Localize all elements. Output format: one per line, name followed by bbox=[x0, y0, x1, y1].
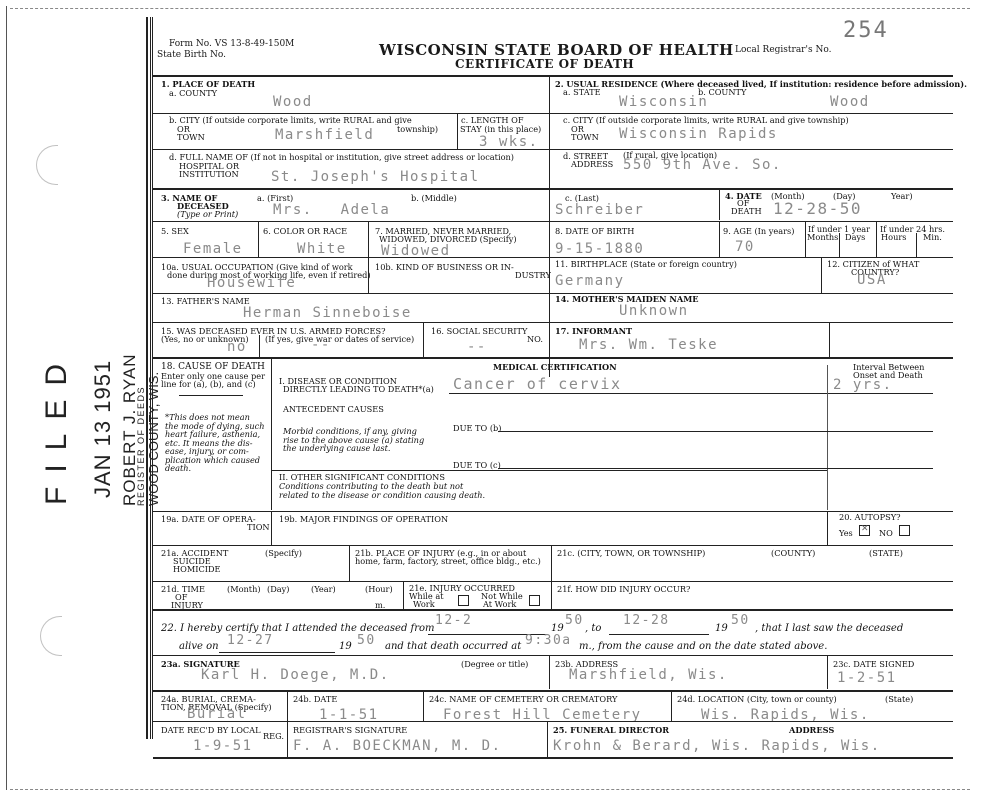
divider bbox=[719, 189, 720, 220]
autopsy-no-checkbox[interactable] bbox=[899, 525, 910, 536]
local-registrar-label: Local Registrar's No. bbox=[735, 45, 831, 55]
operation-date-label: 19a. DATE OF OPERA- bbox=[161, 515, 256, 524]
divider bbox=[551, 545, 552, 609]
occupation-value[interactable]: Housewife bbox=[207, 275, 296, 291]
ss-label-2: NO. bbox=[527, 335, 543, 344]
underline bbox=[449, 393, 933, 394]
dod-year-label: Year) bbox=[891, 192, 913, 201]
divider bbox=[821, 257, 822, 293]
to-label: , to bbox=[585, 624, 601, 633]
armed-forces-value[interactable]: no bbox=[227, 339, 247, 355]
age-value[interactable]: 70 bbox=[735, 239, 755, 255]
divider bbox=[349, 545, 350, 581]
physician-address-value[interactable]: Marshfield, Wis. bbox=[569, 667, 728, 683]
death-occurred-label: and that death occurred at bbox=[385, 642, 521, 651]
attended-to-year[interactable]: 50 bbox=[731, 613, 750, 628]
residence-city-label: c. CITY (If outside corporate limits, wr… bbox=[563, 116, 849, 125]
divider bbox=[916, 233, 917, 257]
date-received-label-2: REG. bbox=[263, 732, 284, 741]
father-value[interactable]: Herman Sinneboise bbox=[243, 305, 412, 321]
divider bbox=[153, 188, 953, 190]
divider bbox=[549, 655, 550, 689]
funeral-director-value[interactable]: Krohn & Berard, Wis. Rapids, Wis. bbox=[553, 738, 881, 754]
sex-label: 5. SEX bbox=[161, 227, 189, 236]
degree-label: (Degree or title) bbox=[461, 660, 528, 669]
citizenship-value[interactable]: USA bbox=[857, 272, 887, 288]
county-label: a. COUNTY bbox=[169, 89, 217, 98]
business-label: 10b. KIND OF BUSINESS OR IN- bbox=[375, 263, 514, 272]
not-while-work-label-2: At Work bbox=[483, 600, 516, 609]
year-prefix-2: 19 bbox=[715, 624, 728, 633]
business-label-2: DUSTRY bbox=[515, 271, 551, 280]
min-label: Min. bbox=[923, 233, 942, 242]
divider bbox=[259, 335, 260, 357]
date-received-value[interactable]: 1-9-51 bbox=[193, 738, 253, 754]
funeral-director-label: 25. FUNERAL DIRECTOR bbox=[553, 726, 669, 735]
autopsy-yes-checkbox[interactable] bbox=[859, 525, 870, 536]
filed-word: FILED bbox=[40, 350, 74, 505]
filed-stamp: FILED JAN 13 1951 ROBERT J. RYAN REGISTE… bbox=[18, 330, 148, 510]
informant-value[interactable]: Mrs. Wm. Teske bbox=[579, 337, 718, 353]
injury-city-label: 21c. (CITY, TOWN, OR TOWNSHIP) bbox=[557, 549, 705, 558]
divider bbox=[153, 721, 953, 722]
residence-city-town: TOWN bbox=[571, 133, 599, 142]
other-conditions-note: Conditions contributing to the death but… bbox=[279, 482, 485, 499]
attended-to-value[interactable]: 12-28 bbox=[623, 613, 670, 628]
age-label: 9. AGE (In years) bbox=[723, 227, 794, 236]
stamp-number: 254 bbox=[843, 18, 889, 43]
divider bbox=[271, 470, 827, 471]
page-edge-top bbox=[10, 8, 970, 9]
certify-text-c: m., from the cause and on the date state… bbox=[579, 642, 827, 651]
mother-value[interactable]: Unknown bbox=[619, 303, 689, 319]
autopsy-no-label: NO bbox=[879, 529, 893, 538]
informant-label: 17. INFORMANT bbox=[555, 327, 632, 336]
death-city-value[interactable]: Marshfield bbox=[275, 127, 374, 143]
physician-signature-value[interactable]: Karl H. Doege, M.D. bbox=[201, 667, 390, 683]
injury-month-label: (Month) bbox=[227, 585, 261, 594]
year-prefix: 19 bbox=[551, 624, 564, 633]
year-prefix-3: 19 bbox=[339, 642, 352, 651]
page-edge-bottom bbox=[10, 789, 970, 790]
length-of-stay-value[interactable]: 3 wks. bbox=[479, 134, 539, 150]
date-signed-label: 23c. DATE SIGNED bbox=[833, 660, 914, 669]
sex-value[interactable]: Female bbox=[183, 241, 243, 257]
underline bbox=[219, 652, 335, 653]
divider bbox=[153, 113, 549, 114]
divider bbox=[153, 690, 953, 692]
divider bbox=[547, 721, 548, 757]
months-label: Months bbox=[807, 233, 838, 242]
burial-state-label: (State) bbox=[885, 695, 913, 704]
state-birth-no-label: State Birth No. bbox=[157, 50, 226, 60]
page-edge bbox=[6, 6, 7, 790]
divider bbox=[153, 257, 953, 258]
divider bbox=[827, 365, 828, 510]
cause-a-value[interactable]: Cancer of cervix bbox=[453, 375, 622, 393]
form-subtitle: CERTIFICATE OF DEATH bbox=[455, 57, 634, 71]
date-of-death-value[interactable]: 12-28-50 bbox=[773, 199, 862, 218]
social-security-value[interactable]: -- bbox=[467, 339, 487, 355]
divider bbox=[457, 113, 458, 149]
registrar-signature-label: REGISTRAR'S SIGNATURE bbox=[293, 726, 407, 735]
operation-findings-label: 19b. MAJOR FINDINGS OF OPERATION bbox=[279, 515, 448, 524]
medical-certification-heading: MEDICAL CERTIFICATION bbox=[493, 363, 617, 372]
divider bbox=[271, 358, 272, 510]
hole-punch-mark bbox=[36, 145, 58, 185]
cemetery-label: 24c. NAME OF CEMETERY OR CREMATORY bbox=[429, 695, 617, 704]
city-label-town: TOWN bbox=[177, 133, 205, 142]
divider bbox=[827, 655, 828, 689]
divider bbox=[271, 511, 272, 545]
alive-year-value[interactable]: 50 bbox=[357, 633, 376, 648]
injury-county-label: (COUNTY) bbox=[771, 549, 815, 558]
how-injury-label: 21f. HOW DID INJURY OCCUR? bbox=[557, 585, 690, 594]
armed-service-value[interactable]: -- bbox=[311, 337, 331, 353]
injury-state-label: (STATE) bbox=[869, 549, 903, 558]
death-certificate-form: 254 Form No. VS 13-8-49-150M State Birth… bbox=[150, 17, 950, 739]
hospital-label-3: INSTITUTION bbox=[179, 170, 239, 179]
divider bbox=[368, 257, 369, 293]
birthplace-value[interactable]: Germany bbox=[555, 273, 625, 289]
city-label: b. CITY (If outside corporate limits, wr… bbox=[169, 116, 412, 125]
alive-on-value[interactable]: 12-27 bbox=[227, 633, 274, 648]
while-at-work-checkbox[interactable] bbox=[458, 595, 469, 606]
divider bbox=[827, 511, 828, 545]
divider bbox=[368, 221, 369, 257]
cause-label-3: line for (a), (b), and (c) bbox=[161, 380, 256, 389]
divider bbox=[719, 221, 720, 257]
divider bbox=[403, 581, 404, 609]
filed-date: JAN 13 1951 bbox=[90, 360, 116, 498]
first-name-value[interactable]: Mrs. Adela bbox=[273, 202, 390, 218]
divider bbox=[805, 221, 806, 257]
residence-state-value[interactable]: Wisconsin bbox=[619, 94, 708, 110]
residence-county-value[interactable]: Wood bbox=[830, 94, 870, 110]
last-name-value[interactable]: Schreiber bbox=[555, 202, 644, 218]
form-border bbox=[146, 17, 148, 739]
injury-year-label: (Year) bbox=[311, 585, 336, 594]
street-address-value[interactable]: 550 9th Ave. So. bbox=[623, 157, 782, 173]
injury-specify-label: (Specify) bbox=[265, 549, 302, 558]
antecedent-label: ANTECEDENT CAUSES bbox=[283, 405, 384, 414]
hole-punch-mark bbox=[40, 616, 62, 656]
injury-day-label: (Day) bbox=[267, 585, 289, 594]
death-county-value[interactable]: Wood bbox=[273, 94, 313, 110]
morbid-note: Morbid conditions, if any, givingrise to… bbox=[283, 427, 424, 453]
divider bbox=[153, 75, 953, 77]
divider bbox=[153, 655, 953, 656]
divider bbox=[153, 149, 549, 150]
father-label: 13. FATHER'S NAME bbox=[161, 297, 250, 306]
cause-note: *This does not meanthe mode of dying, su… bbox=[165, 413, 265, 473]
hospital-value[interactable]: St. Joseph's Hospital bbox=[271, 169, 480, 185]
due-to-c-label: DUE TO (c) bbox=[453, 461, 501, 470]
usual-residence-label: 2. USUAL RESIDENCE (Where deceased lived… bbox=[555, 80, 967, 89]
stay-label-2: STAY (in this place) bbox=[460, 125, 541, 134]
injury-type-homicide: HOMICIDE bbox=[173, 565, 221, 574]
days-label: Days bbox=[845, 233, 865, 242]
residence-state-label: a. STATE bbox=[563, 88, 601, 97]
divider bbox=[423, 322, 424, 357]
date-of-birth-value[interactable]: 9-15-1880 bbox=[555, 241, 644, 257]
divider bbox=[287, 691, 288, 721]
dod-label-3: DEATH bbox=[731, 207, 762, 216]
date-signed-value[interactable]: 1-2-51 bbox=[837, 670, 897, 686]
divider bbox=[153, 581, 953, 582]
armed-forces-label-3: (If yes, give war or dates of service) bbox=[265, 335, 414, 344]
underline bbox=[498, 431, 933, 432]
race-label: 6. COLOR OR RACE bbox=[263, 227, 347, 236]
injury-place-label-2: home, farm, factory, street, office bldg… bbox=[355, 557, 541, 566]
funeral-address-label: ADDRESS bbox=[789, 726, 834, 735]
divider bbox=[549, 149, 953, 150]
underline bbox=[498, 468, 933, 469]
interval-value[interactable]: 2 yrs. bbox=[833, 377, 893, 393]
injury-hour-label: (Hour) bbox=[365, 585, 393, 594]
divider bbox=[153, 221, 953, 222]
filed-registrar-title: REGISTER OF DEEDS bbox=[136, 386, 146, 506]
autopsy-label: 20. AUTOPSY? bbox=[839, 513, 901, 522]
divider bbox=[549, 77, 550, 377]
divider bbox=[287, 721, 288, 757]
operation-date-label-2: TION bbox=[247, 523, 270, 532]
hours-label: Hours bbox=[881, 233, 906, 242]
birthplace-label: 11. BIRTHPLACE (State or foreign country… bbox=[555, 260, 737, 269]
divider bbox=[153, 322, 953, 323]
residence-city-value[interactable]: Wisconsin Rapids bbox=[619, 126, 778, 142]
burial-location-label: 24d. LOCATION (City, town or county) bbox=[677, 695, 837, 704]
death-time-value[interactable]: 9:30a bbox=[525, 633, 572, 648]
registrar-signature-value[interactable]: F. A. BOECKMAN, M. D. bbox=[293, 738, 502, 754]
due-to-b-label: DUE TO (b) bbox=[453, 424, 501, 433]
dob-label: 8. DATE OF BIRTH bbox=[555, 227, 634, 236]
city-label-township: township) bbox=[397, 125, 438, 134]
burial-date-label: 24b. DATE bbox=[293, 695, 337, 704]
divider bbox=[153, 511, 953, 512]
divider bbox=[839, 233, 840, 257]
date-received-label: DATE REC'D BY LOCAL bbox=[161, 726, 261, 735]
alive-on-label: alive on bbox=[179, 642, 219, 651]
divider bbox=[153, 357, 953, 359]
ss-label: 16. SOCIAL SECURITY bbox=[431, 327, 527, 336]
underline bbox=[609, 634, 709, 635]
while-at-work-label-2: Work bbox=[413, 600, 435, 609]
divider bbox=[549, 113, 953, 114]
divider bbox=[153, 293, 953, 294]
certify-text-b: , that I last saw the deceased bbox=[755, 624, 903, 633]
divider bbox=[423, 691, 424, 721]
attended-from-year[interactable]: 50 bbox=[565, 613, 584, 628]
name-label-3: (Type or Print) bbox=[177, 210, 238, 219]
certify-text-a: 22. I hereby certify that I attended the… bbox=[161, 624, 435, 633]
street-label-2: ADDRESS bbox=[571, 160, 613, 169]
divider bbox=[153, 609, 953, 611]
burial-type-value[interactable]: Burial bbox=[187, 706, 247, 722]
attended-from-value[interactable]: 12-2 bbox=[435, 613, 472, 628]
divider bbox=[179, 395, 243, 396]
disease-label-2: DIRECTLY LEADING TO DEATH*(a) bbox=[283, 385, 434, 394]
divider bbox=[153, 545, 953, 546]
autopsy-yes-label: Yes bbox=[839, 529, 853, 538]
divider bbox=[258, 221, 259, 257]
divider bbox=[671, 691, 672, 721]
race-value[interactable]: White bbox=[297, 241, 347, 257]
form-number: Form No. VS 13-8-49-150M bbox=[169, 39, 294, 49]
divider bbox=[829, 322, 830, 357]
middle-name-label: b. (Middle) bbox=[411, 194, 457, 203]
not-while-work-checkbox[interactable] bbox=[529, 595, 540, 606]
divider bbox=[153, 757, 953, 759]
divider bbox=[876, 221, 877, 257]
